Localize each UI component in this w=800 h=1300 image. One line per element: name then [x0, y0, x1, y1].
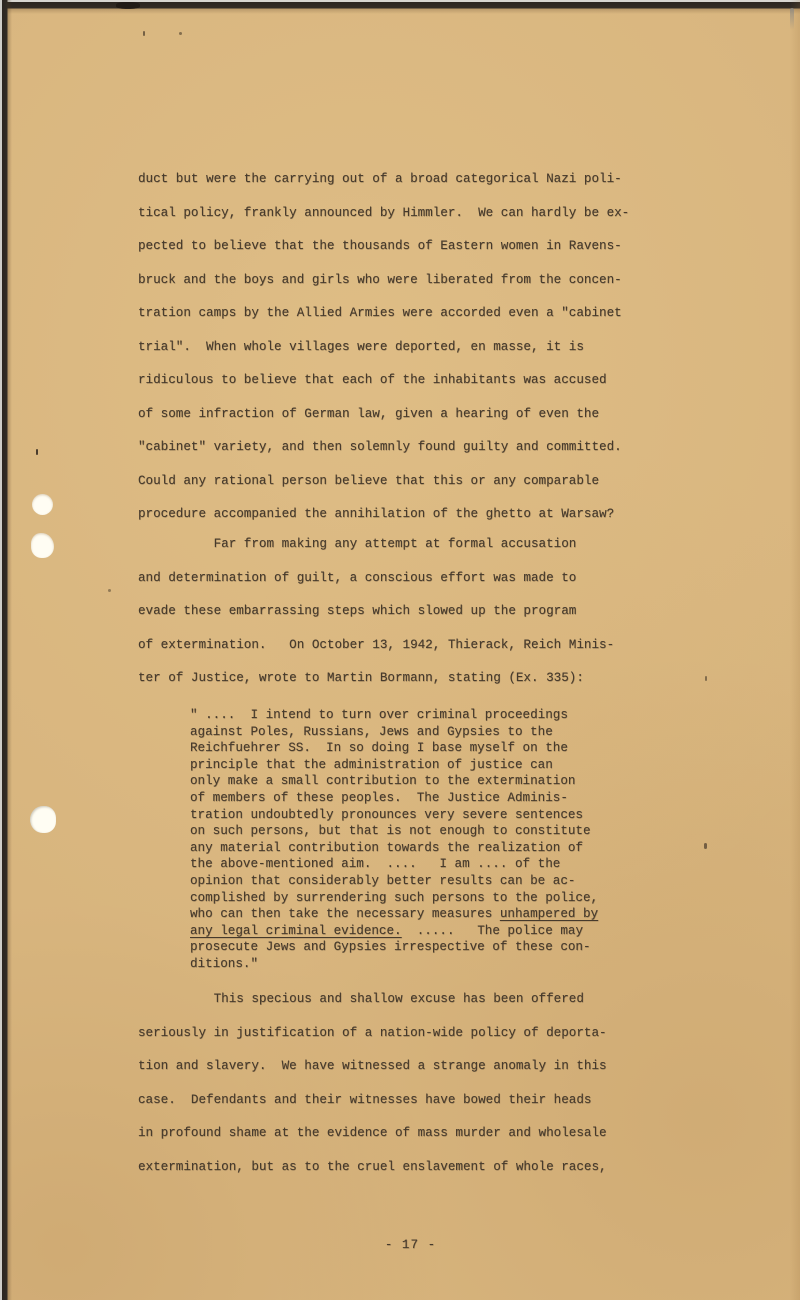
- paragraph: duct but were the carrying out of a broa…: [138, 163, 698, 532]
- text-line: who can then take the necessary measures…: [190, 906, 660, 923]
- punch-hole: [32, 494, 53, 515]
- text-line: against Poles, Russians, Jews and Gypsie…: [190, 724, 660, 741]
- text-line: tration undoubtedly pronounces very seve…: [190, 807, 660, 824]
- text-line: principle that the administration of jus…: [190, 757, 660, 774]
- text-line: in profound shame at the evidence of mas…: [138, 1117, 698, 1151]
- text-line: prosecute Jews and Gypsies irrespective …: [190, 939, 660, 956]
- text-line: Far from making any attempt at formal ac…: [138, 528, 698, 562]
- scan-edge-right: [790, 0, 800, 1300]
- text-line: Reichfuehrer SS. In so doing I base myse…: [190, 740, 660, 757]
- text-line: opinion that considerably better results…: [190, 873, 660, 890]
- text-line: tion and slavery. We have witnessed a st…: [138, 1050, 698, 1084]
- scan-edge-left: [0, 0, 12, 1300]
- page-number: - 17 -: [138, 1238, 683, 1252]
- text-line: ter of Justice, wrote to Martin Bormann,…: [138, 662, 698, 696]
- text-line: any material contribution towards the re…: [190, 840, 660, 857]
- scanned-page: duct but were the carrying out of a broa…: [0, 0, 800, 1300]
- text-line: complished by surrendering such persons …: [190, 890, 660, 907]
- ink-speck: [108, 589, 111, 592]
- text-line: procedure accompanied the annihilation o…: [138, 498, 698, 532]
- text-line: Could any rational person believe that t…: [138, 465, 698, 499]
- text-line: the above-mentioned aim. .... I am .... …: [190, 856, 660, 873]
- text-line: " .... I intend to turn over criminal pr…: [190, 707, 660, 724]
- text-line: tration camps by the Allied Armies were …: [138, 297, 698, 331]
- text-line: of some infraction of German law, given …: [138, 398, 698, 432]
- punch-hole: [30, 806, 56, 833]
- quote-block: " .... I intend to turn over criminal pr…: [190, 707, 660, 973]
- text-line: seriously in justification of a nation-w…: [138, 1017, 698, 1051]
- text-line: bruck and the boys and girls who were li…: [138, 264, 698, 298]
- text-line: This specious and shallow excuse has bee…: [138, 983, 698, 1017]
- text-line: pected to believe that the thousands of …: [138, 230, 698, 264]
- text-line: "cabinet" variety, and then solemnly fou…: [138, 431, 698, 465]
- scan-smudge: [116, 2, 140, 9]
- text-line: and determination of guilt, a conscious …: [138, 562, 698, 596]
- ink-speck: [179, 32, 182, 35]
- text-line: ridiculous to believe that each of the i…: [138, 364, 698, 398]
- scan-smudge: [790, 8, 794, 30]
- text-line: trial". When whole villages were deporte…: [138, 331, 698, 365]
- ink-speck: [704, 843, 707, 849]
- text-line: evade these embarrassing steps which slo…: [138, 595, 698, 629]
- ink-speck: [705, 676, 707, 681]
- text-line: extermination, but as to the cruel ensla…: [138, 1151, 698, 1185]
- paragraph: Far from making any attempt at formal ac…: [138, 528, 698, 696]
- text-line: case. Defendants and their witnesses hav…: [138, 1084, 698, 1118]
- punch-hole: [31, 533, 54, 558]
- ink-speck: [143, 31, 145, 36]
- text-line: tical policy, frankly announced by Himml…: [138, 197, 698, 231]
- paragraph: This specious and shallow excuse has bee…: [138, 983, 698, 1184]
- text-line: of extermination. On October 13, 1942, T…: [138, 629, 698, 663]
- text-line: ditions.": [190, 956, 660, 973]
- text-line: duct but were the carrying out of a broa…: [138, 163, 698, 197]
- ink-speck: [36, 449, 38, 455]
- text-line: of members of these peoples. The Justice…: [190, 790, 660, 807]
- text-line: any legal criminal evidence. ..... The p…: [190, 923, 660, 940]
- text-line: only make a small contribution to the ex…: [190, 773, 660, 790]
- text-line: on such persons, but that is not enough …: [190, 823, 660, 840]
